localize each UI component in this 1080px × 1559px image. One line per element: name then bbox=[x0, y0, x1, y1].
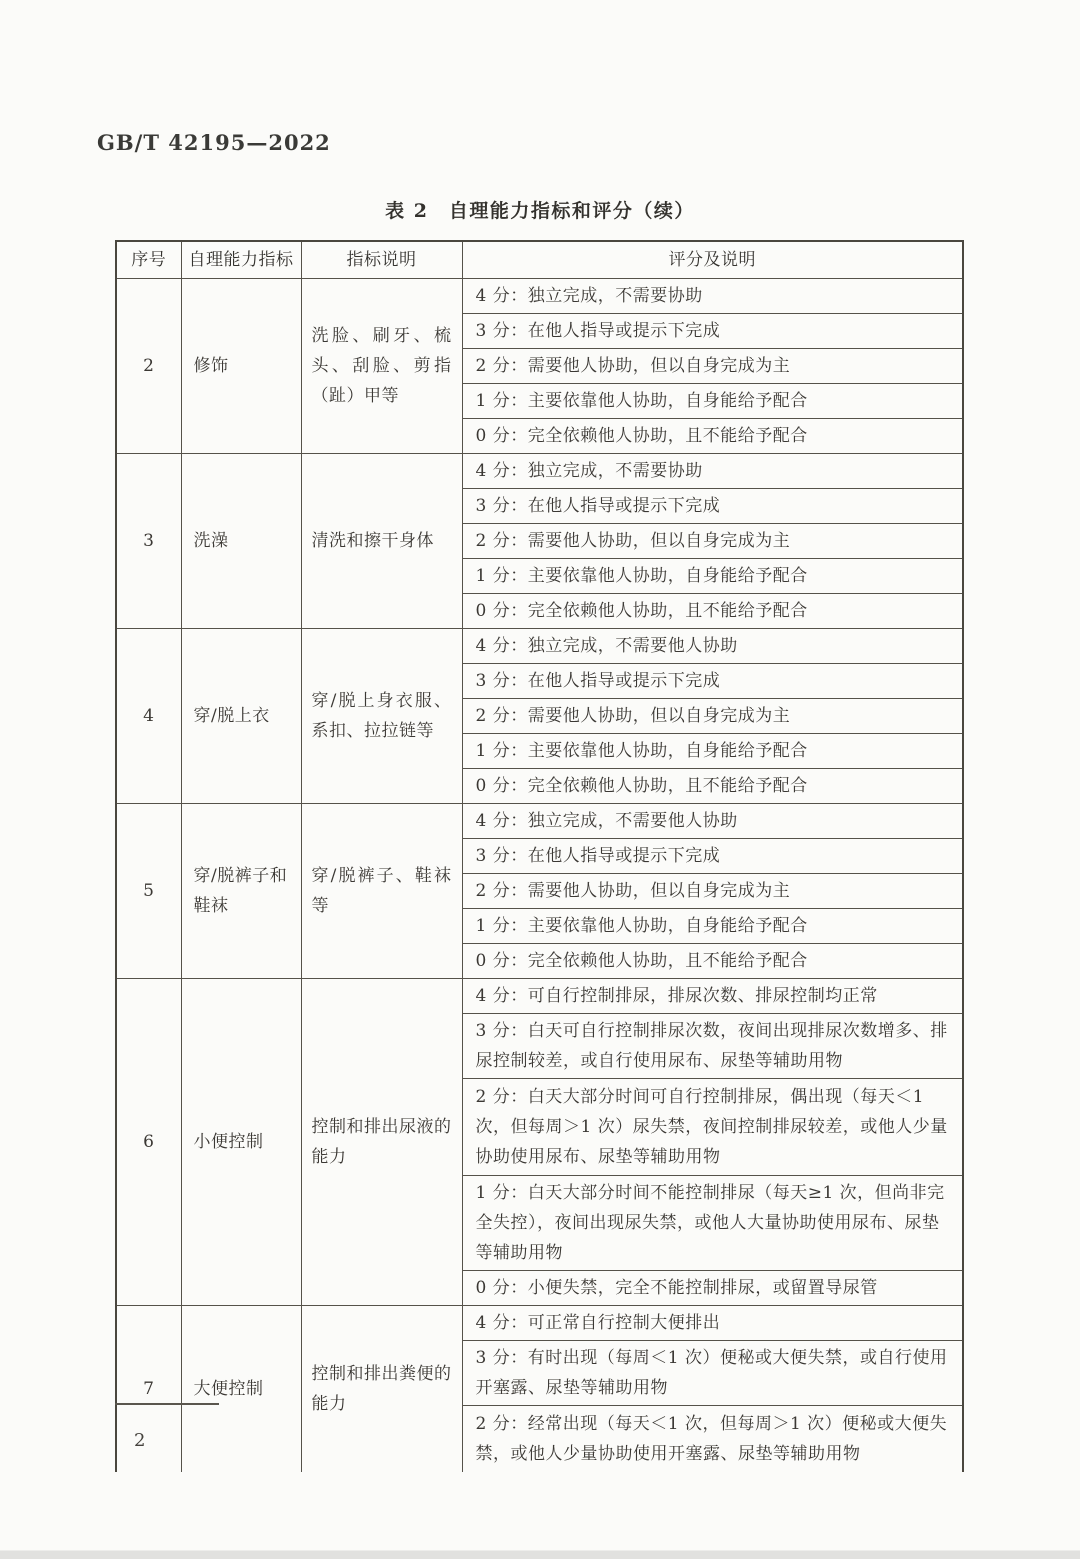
page-break-border-fragment bbox=[115, 1403, 219, 1405]
cell-seq: 7 bbox=[116, 1305, 181, 1472]
cell-score: 4 分：独立完成，不需要他人协助 bbox=[462, 803, 963, 838]
table-header-row: 序号 自理能力指标 指标说明 评分及说明 bbox=[116, 241, 963, 278]
cell-seq: 2 bbox=[116, 278, 181, 453]
cell-score: 3 分：在他人指导或提示下完成 bbox=[462, 838, 963, 873]
cell-score: 0 分：完全依赖他人协助，且不能给予配合 bbox=[462, 593, 963, 628]
cell-indicator: 洗澡 bbox=[181, 453, 301, 628]
cell-score: 1 分：主要依靠他人协助，自身能给予配合 bbox=[462, 908, 963, 943]
cell-score: 2 分：需要他人协助，但以自身完成为主 bbox=[462, 873, 963, 908]
col-header-scoring: 评分及说明 bbox=[462, 241, 963, 278]
cell-score: 0 分：小便失禁，完全不能控制排尿，或留置导尿管 bbox=[462, 1270, 963, 1305]
table-row: 4 穿/脱上衣 穿/脱上身衣服、系扣、拉拉链等 4 分：独立完成，不需要他人协助 bbox=[116, 628, 963, 663]
cell-score: 2 分：需要他人协助，但以自身完成为主 bbox=[462, 698, 963, 733]
cell-description: 控制和排出粪便的能力 bbox=[301, 1305, 462, 1472]
col-header-seq: 序号 bbox=[116, 241, 181, 278]
cell-score: 4 分：可正常自行控制大便排出 bbox=[462, 1305, 963, 1340]
cell-score: 2 分：需要他人协助，但以自身完成为主 bbox=[462, 348, 963, 383]
cell-score: 3 分：在他人指导或提示下完成 bbox=[462, 313, 963, 348]
cell-score: 2 分：经常出现（每天＜1 次，但每周＞1 次）便秘或大便失禁，或他人少量协助使… bbox=[462, 1405, 963, 1472]
page-number: 2 bbox=[134, 1430, 145, 1451]
cell-seq: 6 bbox=[116, 978, 181, 1305]
table-row: 6 小便控制 控制和排出尿液的能力 4 分：可自行控制排尿，排尿次数、排尿控制均… bbox=[116, 978, 963, 1013]
cell-seq: 5 bbox=[116, 803, 181, 978]
cell-indicator: 大便控制 bbox=[181, 1305, 301, 1472]
table-caption: 表 2 自理能力指标和评分（续） bbox=[0, 196, 1080, 223]
scan-bottom-bar bbox=[0, 1550, 1080, 1559]
cell-score: 4 分：独立完成，不需要协助 bbox=[462, 453, 963, 488]
cell-seq: 4 bbox=[116, 628, 181, 803]
cell-score: 1 分：主要依靠他人协助，自身能给予配合 bbox=[462, 733, 963, 768]
scanned-standard-page: GB/T 42195—2022 表 2 自理能力指标和评分（续） 序号 自理能力… bbox=[0, 0, 1080, 1559]
cell-indicator: 修饰 bbox=[181, 278, 301, 453]
col-header-indicator: 自理能力指标 bbox=[181, 241, 301, 278]
cell-score: 1 分：白天大部分时间不能控制排尿（每天≥1 次，但尚非完全失控），夜间出现尿失… bbox=[462, 1175, 963, 1270]
selfcare-score-table: 序号 自理能力指标 指标说明 评分及说明 2 修饰 洗脸、刷牙、梳头、刮脸、剪指… bbox=[115, 240, 964, 1472]
table-row: 5 穿/脱裤子和鞋袜 穿/脱裤子、鞋袜等 4 分：独立完成，不需要他人协助 bbox=[116, 803, 963, 838]
standard-code: GB/T 42195—2022 bbox=[97, 130, 331, 155]
cell-score: 3 分：在他人指导或提示下完成 bbox=[462, 663, 963, 698]
table-row: 7 大便控制 控制和排出粪便的能力 4 分：可正常自行控制大便排出 bbox=[116, 1305, 963, 1340]
cell-score: 0 分：完全依赖他人协助，且不能给予配合 bbox=[462, 768, 963, 803]
cell-score: 2 分：白天大部分时间可自行控制排尿，偶出现（每天＜1 次，但每周＞1 次）尿失… bbox=[462, 1078, 963, 1175]
cell-description: 清洗和擦干身体 bbox=[301, 453, 462, 628]
cell-score: 3 分：有时出现（每周＜1 次）便秘或大便失禁，或自行使用开塞露、尿垫等辅助用物 bbox=[462, 1340, 963, 1405]
cell-score: 1 分：主要依靠他人协助，自身能给予配合 bbox=[462, 383, 963, 418]
cell-score: 3 分：在他人指导或提示下完成 bbox=[462, 488, 963, 523]
cell-score: 1 分：主要依靠他人协助，自身能给予配合 bbox=[462, 558, 963, 593]
cell-indicator: 小便控制 bbox=[181, 978, 301, 1305]
table-row: 2 修饰 洗脸、刷牙、梳头、刮脸、剪指（趾）甲等 4 分：独立完成，不需要协助 bbox=[116, 278, 963, 313]
cell-score: 0 分：完全依赖他人协助，且不能给予配合 bbox=[462, 943, 963, 978]
col-header-description: 指标说明 bbox=[301, 241, 462, 278]
cell-score: 0 分：完全依赖他人协助，且不能给予配合 bbox=[462, 418, 963, 453]
cell-description: 控制和排出尿液的能力 bbox=[301, 978, 462, 1305]
cell-score: 4 分：可自行控制排尿，排尿次数、排尿控制均正常 bbox=[462, 978, 963, 1013]
cell-score: 2 分：需要他人协助，但以自身完成为主 bbox=[462, 523, 963, 558]
cell-score: 4 分：独立完成，不需要协助 bbox=[462, 278, 963, 313]
table-row: 3 洗澡 清洗和擦干身体 4 分：独立完成，不需要协助 bbox=[116, 453, 963, 488]
cell-description: 洗脸、刷牙、梳头、刮脸、剪指（趾）甲等 bbox=[301, 278, 462, 453]
cell-description: 穿/脱裤子、鞋袜等 bbox=[301, 803, 462, 978]
cell-indicator: 穿/脱上衣 bbox=[181, 628, 301, 803]
cell-score: 3 分：白天可自行控制排尿次数，夜间出现排尿次数增多、排尿控制较差，或自行使用尿… bbox=[462, 1013, 963, 1078]
cell-indicator: 穿/脱裤子和鞋袜 bbox=[181, 803, 301, 978]
cell-seq: 3 bbox=[116, 453, 181, 628]
cell-score: 4 分：独立完成，不需要他人协助 bbox=[462, 628, 963, 663]
cell-description: 穿/脱上身衣服、系扣、拉拉链等 bbox=[301, 628, 462, 803]
